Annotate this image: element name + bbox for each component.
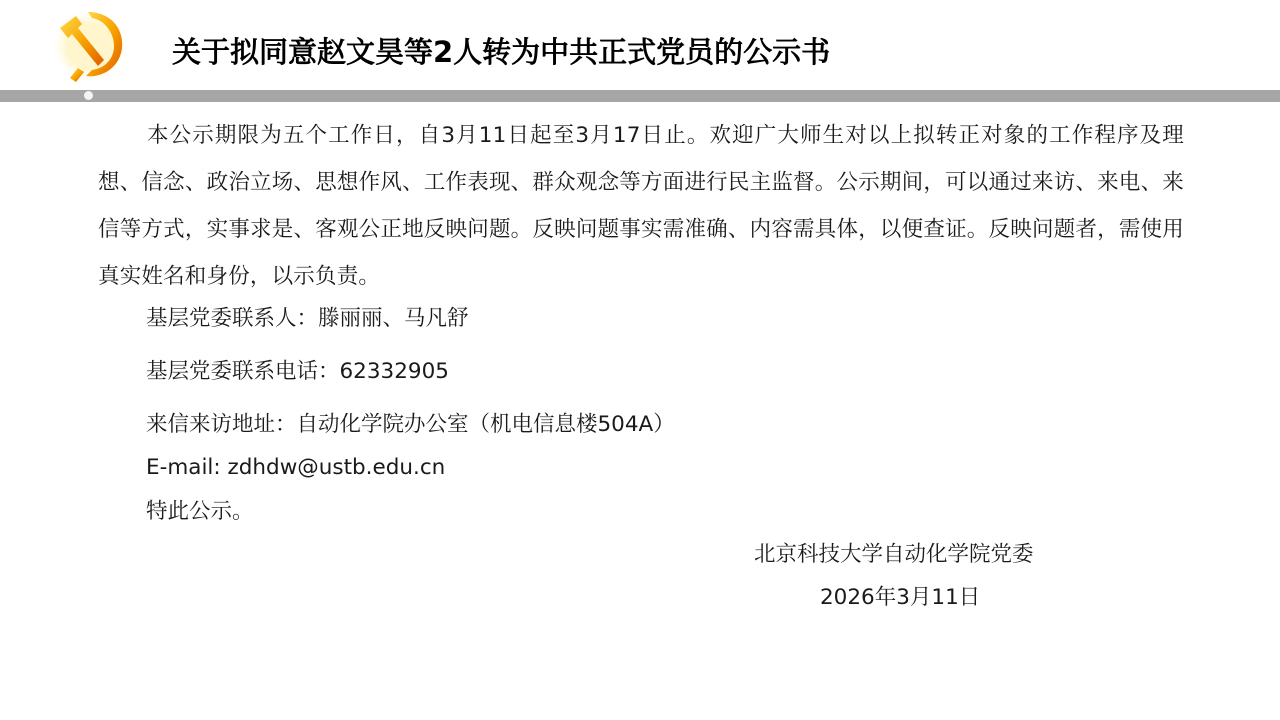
email-address: E-mail: zdhdw@ustb.edu.cn: [146, 453, 445, 483]
notice-paragraph: 本公示期限为五个工作日，自3月11日起至3月17日止。欢迎广大师生对以上拟转正对…: [98, 112, 1184, 300]
visit-address: 来信来访地址：自动化学院办公室（机电信息楼504A）: [146, 410, 675, 440]
contact-person: 基层党委联系人：滕丽丽、马凡舒: [146, 304, 469, 334]
page-title: 关于拟同意赵文昊等2人转为中共正式党员的公示书: [172, 30, 830, 74]
contact-phone: 基层党委联系电话：62332905: [146, 357, 449, 387]
party-emblem-icon: [48, 6, 130, 84]
header-divider-bar: [0, 90, 1280, 102]
signature-date: 2026年3月11日: [820, 583, 980, 613]
signature-organization: 北京科技大学自动化学院党委: [754, 540, 1034, 570]
divider-dot: [84, 91, 93, 100]
notice-body: 本公示期限为五个工作日，自3月11日起至3月17日止。欢迎广大师生对以上拟转正对…: [98, 112, 1184, 300]
closing-text: 特此公示。: [146, 497, 254, 527]
